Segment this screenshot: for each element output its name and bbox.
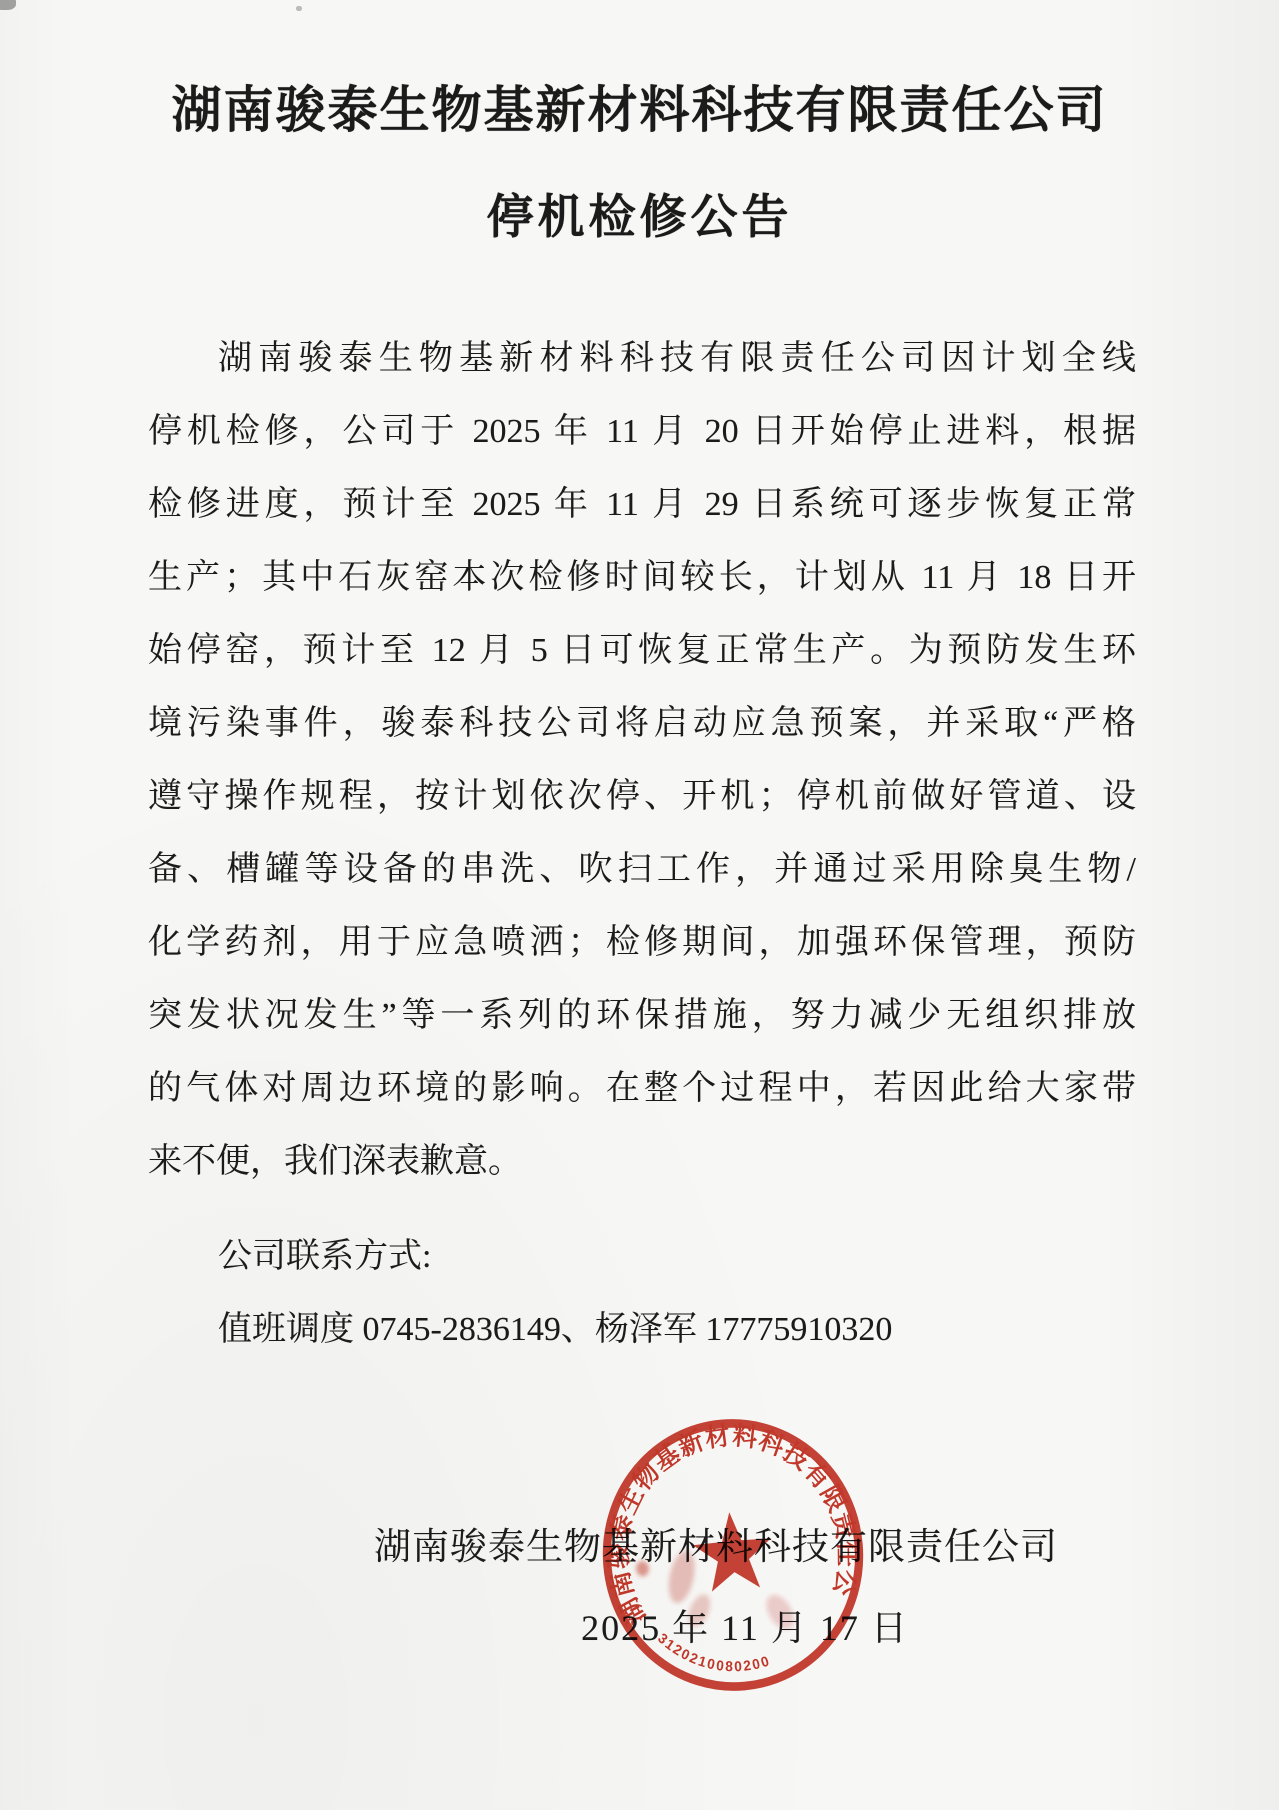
body-line: 检修进度，预计至 2025 年 11 月 29 日系统可逐步恢复正常 <box>148 468 1136 541</box>
notice-title: 停机检修公告 <box>0 180 1279 247</box>
contact-phone-line: 值班调度 0745-2836149、杨泽军 17775910320 <box>148 1293 1136 1366</box>
body-line: 始停窑，预计至 12 月 5 日可恢复正常生产。为预防发生环 <box>148 614 1136 687</box>
body-line: 的气体对周边环境的影响。在整个过程中，若因此给大家带 <box>148 1052 1136 1125</box>
body-line: 境污染事件，骏泰科技公司将启动应急预案，并采取“严格 <box>148 687 1136 760</box>
star-icon <box>690 1509 775 1593</box>
body-line: 遵守操作规程，按计划依次停、开机；停机前做好管道、设 <box>148 760 1136 833</box>
seal-ring-text: 湖南骏泰生物基新材料科技有限责任公司 <box>584 1401 866 1633</box>
body-line: 来不便，我们深表歉意。 <box>148 1125 1136 1198</box>
company-seal-graphic: 湖南骏泰生物基新材料科技有限责任公司 3120210080200 <box>584 1401 882 1710</box>
body-line: 生产；其中石灰窑本次检修时间较长，计划从 11 月 18 日开 <box>148 541 1136 614</box>
notice-document-page: 湖南骏泰生物基新材料科技有限责任公司 停机检修公告 湖南骏泰生物基新材料科技有限… <box>0 0 1279 1810</box>
body-line: 化学药剂，用于应急喷洒；检修期间，加强环保管理，预防 <box>148 906 1136 979</box>
body-line: 突发状况发生”等一系列的环保措施，努力减少无组织排放 <box>148 979 1136 1052</box>
body-line: 备、槽罐等设备的串洗、吹扫工作，并通过采用除臭生物/ <box>148 833 1136 906</box>
svg-text:湖南骏泰生物基新材料科技有限责任公司: 湖南骏泰生物基新材料科技有限责任公司 <box>584 1401 866 1633</box>
signature-company: 湖南骏泰生物基新材料科技有限责任公司 <box>0 1518 1058 1578</box>
body-line: 湖南骏泰生物基新材料科技有限责任公司因计划全线 <box>148 322 1136 395</box>
notice-body: 湖南骏泰生物基新材料科技有限责任公司因计划全线 停机检修，公司于 2025 年 … <box>148 322 1136 1366</box>
company-title: 湖南骏泰生物基新材料科技有限责任公司 <box>0 70 1279 142</box>
company-seal: 湖南骏泰生物基新材料科技有限责任公司 3120210080200 <box>584 1401 882 1710</box>
scan-speck <box>296 6 302 11</box>
scan-speck <box>0 0 16 10</box>
contact-label: 公司联系方式: <box>148 1220 1136 1293</box>
body-line: 停机检修，公司于 2025 年 11 月 20 日开始停止进料，根据 <box>148 395 1136 468</box>
